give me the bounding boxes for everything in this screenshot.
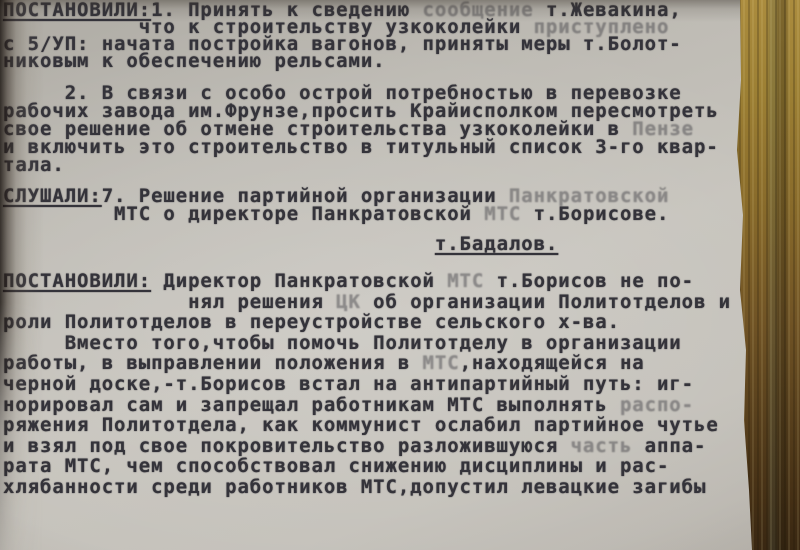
typed-line: и взял под свое покровительство разложив… — [3, 436, 731, 457]
typed-line: нял решения ЦК об организации Политотдел… — [3, 292, 731, 313]
paragraph-block: ПОСТАНОВИЛИ:1. Принять к сведению сообще… — [3, 2, 682, 70]
paragraph-block: т.Бадалов. — [3, 235, 558, 253]
typed-line: норировал сам и запрещал работникам МТС … — [3, 395, 731, 416]
paragraph-block: СЛУШАЛИ:7. Решение партийной организации… — [3, 187, 669, 223]
document-photo: ПОСТАНОВИЛИ:1. Принять к сведению сообще… — [0, 0, 800, 550]
typed-line: роли Политотделов в переустройстве сельс… — [3, 312, 731, 333]
typed-line: рата МТС, чем способствовал снижению дис… — [3, 456, 731, 477]
typed-text: ПОСТАНОВИЛИ:1. Принять к сведению сообще… — [0, 0, 800, 550]
typed-line: никовым к обеспечению рельсами. — [3, 53, 682, 70]
typed-line: хлябанности среди работников МТС,допусти… — [3, 477, 731, 498]
document-page: ПОСТАНОВИЛИ:1. Принять к сведению сообще… — [0, 0, 800, 550]
typed-line: ряжения Политотдела, как коммунист ослаб… — [3, 415, 731, 436]
typed-line: черной доске,-т.Борисов встал на антипар… — [3, 374, 731, 395]
typed-line: т.Бадалов. — [3, 235, 558, 253]
typed-line: и включить это строительство в титульный… — [3, 138, 719, 156]
paragraph-block: 2. В связи с особо острой потребностью в… — [3, 84, 719, 174]
typed-line: ПОСТАНОВИЛИ: Директор Панкратовской МТС … — [3, 271, 731, 292]
typed-line: работы, в выправлении положения в МТС,на… — [3, 353, 731, 374]
paragraph-block: ПОСТАНОВИЛИ: Директор Панкратовской МТС … — [3, 271, 731, 498]
typed-line: тала. — [3, 156, 719, 174]
typed-line: МТС о директоре Панкратовской МТС т.Бори… — [3, 205, 669, 223]
typed-line: Вместо того,чтобы помочь Политотделу в о… — [3, 333, 731, 354]
